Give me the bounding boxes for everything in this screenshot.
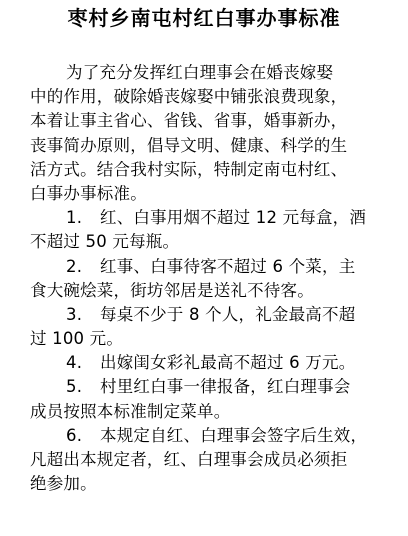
rule-number: 2. xyxy=(66,255,100,279)
document-body: 为了充分发挥红白理事会在婚丧嫁娶 中的作用，破除婚丧嫁娶中铺张浪费现象， 本着让… xyxy=(30,61,386,496)
rule-text: 每桌不少于 8 个人，礼金最高不超 xyxy=(100,305,355,324)
intro-line: 中的作用，破除婚丧嫁娶中铺张浪费现象， xyxy=(30,85,386,109)
intro-line: 为了充分发挥红白理事会在婚丧嫁娶 xyxy=(30,61,386,85)
intro-line: 丧事简办原则，倡导文明、健康、科学的生 xyxy=(30,134,386,158)
rule-5: 5.村里红白事一律报备，红白理事会 成员按照本标准制定菜单。 xyxy=(30,375,386,423)
rule-number: 4. xyxy=(66,351,100,375)
rule-number: 5. xyxy=(66,375,100,399)
rule-text: 红事、白事待客不超过 6 个菜，主 xyxy=(100,257,355,276)
intro-line: 活方式。结合我村实际，特制定南屯村红、 xyxy=(30,158,386,182)
rule-text: 绝参加。 xyxy=(30,472,386,496)
intro-line: 本着让事主省心、省钱、省事，婚事新办， xyxy=(30,109,386,133)
rule-3: 3.每桌不少于 8 个人，礼金最高不超 过 100 元。 xyxy=(30,303,386,351)
rule-text: 食大碗烩菜，街坊邻居是送礼不待客。 xyxy=(30,279,386,303)
rule-6: 6.本规定自红、白理事会签字后生效， 凡超出本规定者，红、白理事会成员必须拒 绝… xyxy=(30,424,386,497)
rule-text: 不超过 50 元每瓶。 xyxy=(30,230,386,254)
rule-text: 红、白事用烟不超过 12 元每盒，酒 xyxy=(100,208,366,227)
rule-4: 4.出嫁闺女彩礼最高不超过 6 万元。 xyxy=(30,351,386,375)
rule-1: 1.红、白事用烟不超过 12 元每盒，酒 不超过 50 元每瓶。 xyxy=(30,206,386,254)
rule-text: 过 100 元。 xyxy=(30,327,386,351)
rule-text: 村里红白事一律报备，红白理事会 xyxy=(100,377,351,396)
intro-line: 白事办事标准。 xyxy=(30,182,386,206)
rule-2: 2.红事、白事待客不超过 6 个菜，主 食大碗烩菜，街坊邻居是送礼不待客。 xyxy=(30,255,386,303)
document-title: 枣村乡南屯村红白事办事标准 xyxy=(0,4,408,32)
rule-number: 1. xyxy=(66,206,100,230)
rule-number: 6. xyxy=(66,424,100,448)
rule-text: 成员按照本标准制定菜单。 xyxy=(30,400,386,424)
rule-number: 3. xyxy=(66,303,100,327)
rule-text: 本规定自红、白理事会签字后生效， xyxy=(100,426,367,445)
rule-text: 出嫁闺女彩礼最高不超过 6 万元。 xyxy=(100,353,355,372)
rule-text: 凡超出本规定者，红、白理事会成员必须拒 xyxy=(30,448,386,472)
